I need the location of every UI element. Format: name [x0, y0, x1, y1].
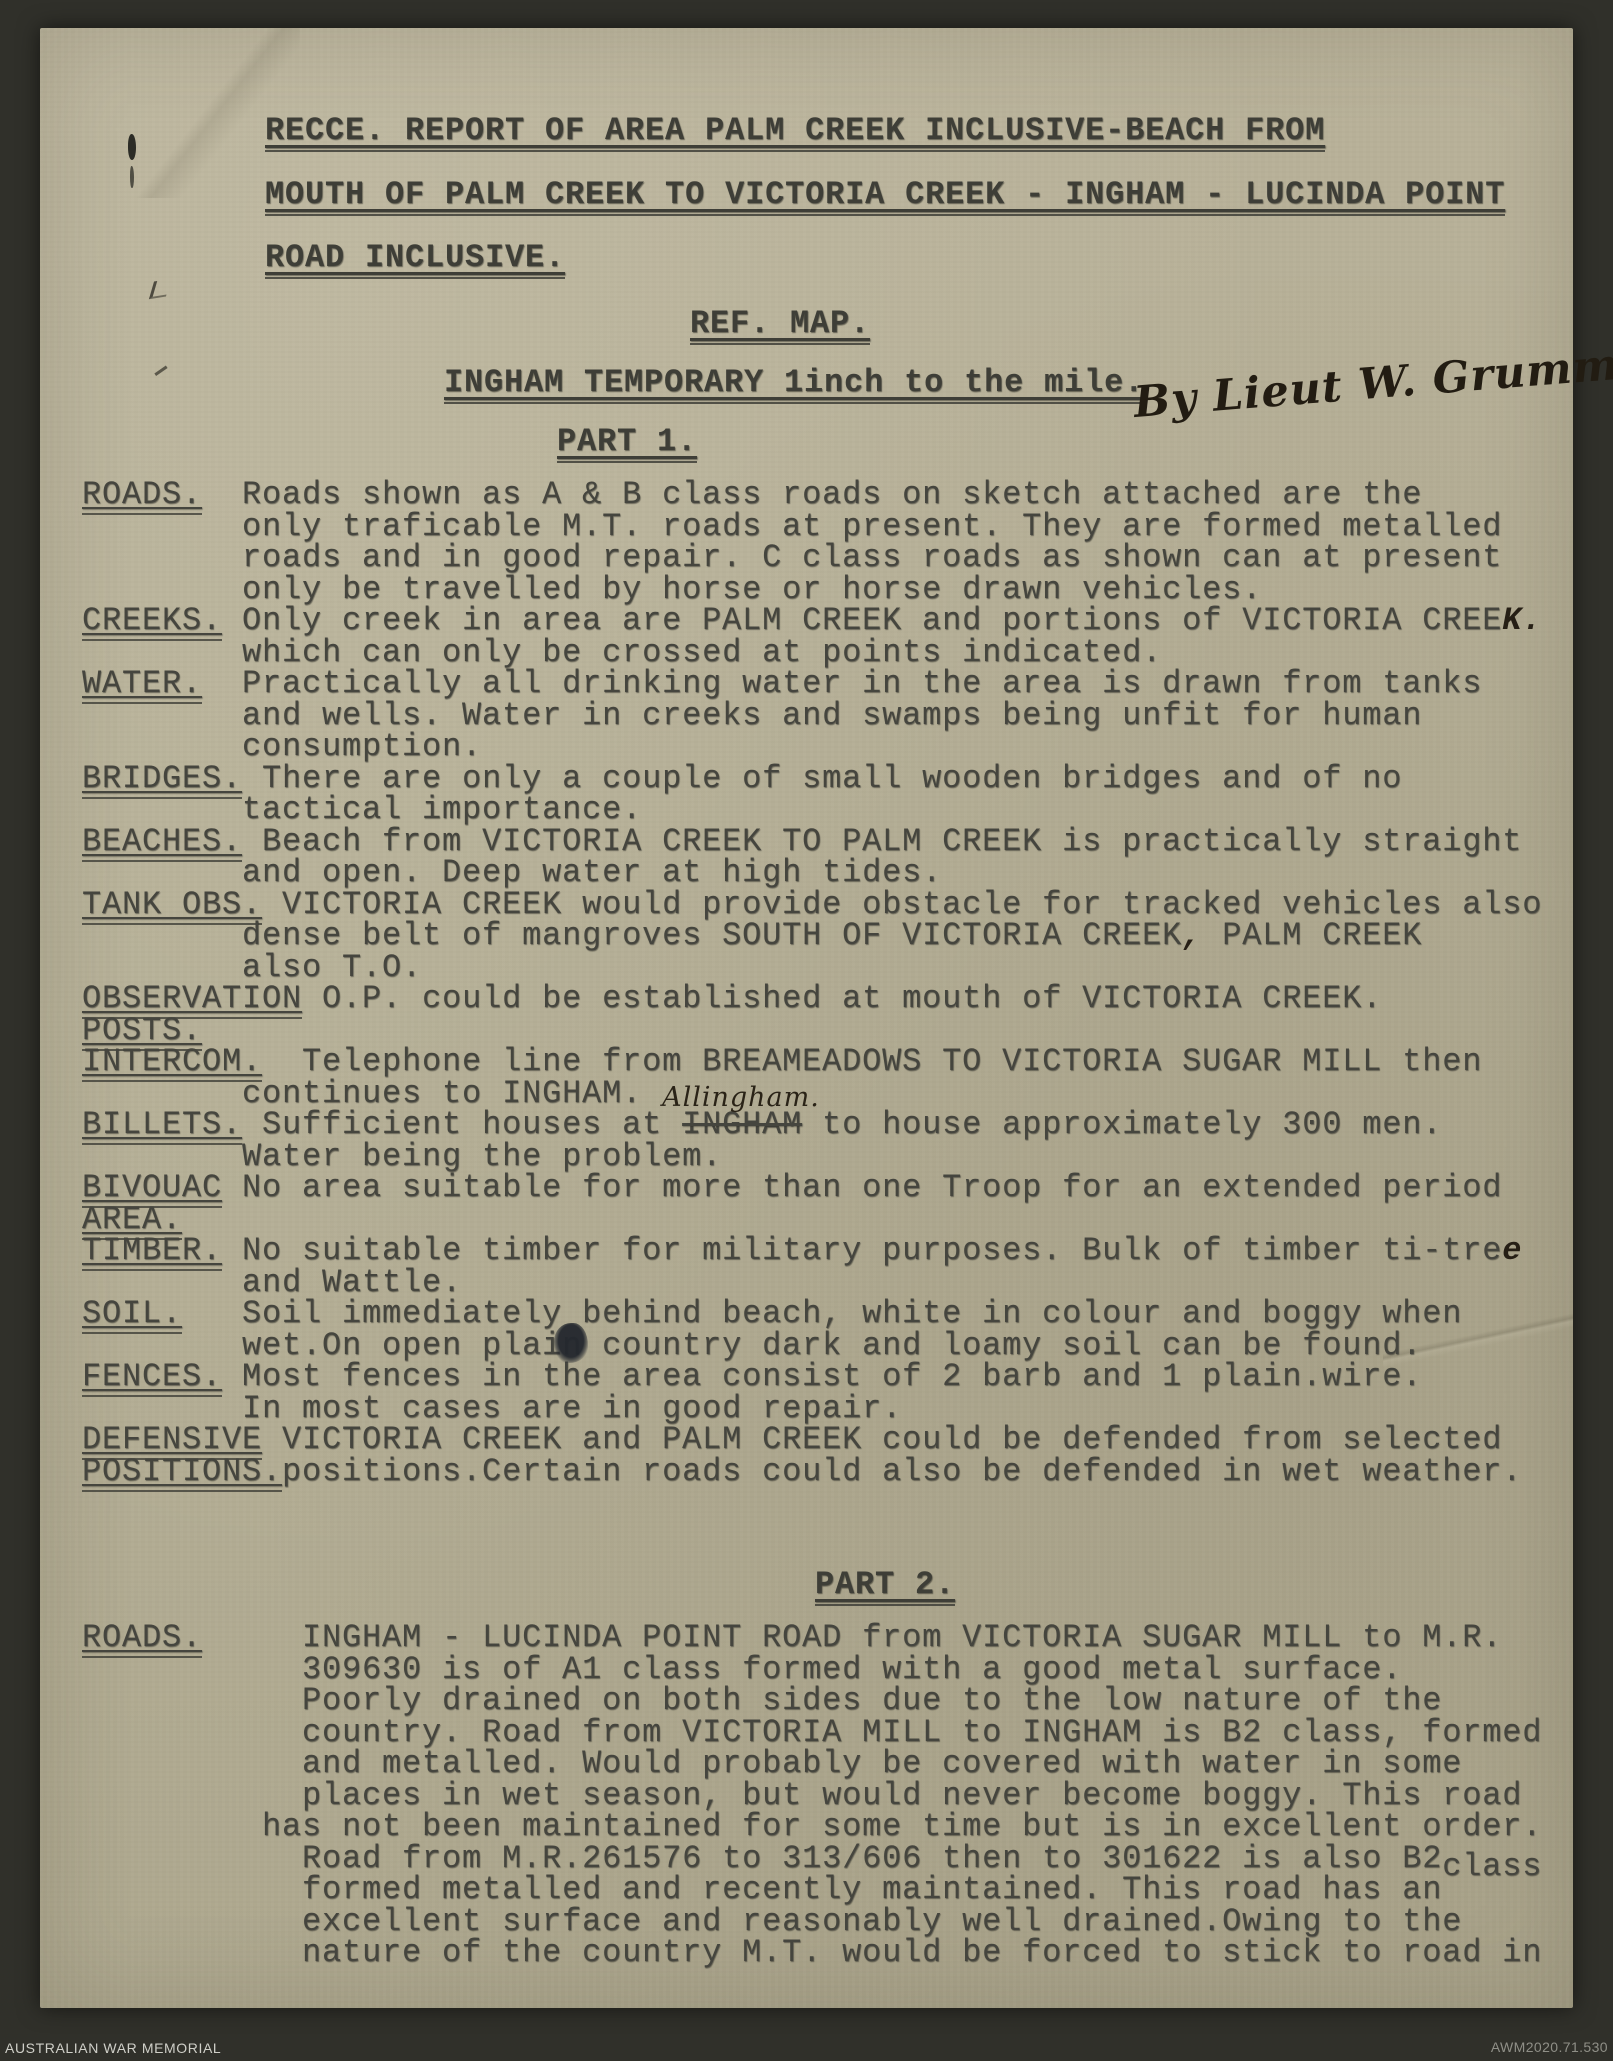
typed-line: FENCES. Most fences in the area consist … — [82, 1361, 1542, 1393]
typed-line: and open. Deep water at high tides. — [82, 857, 1542, 889]
typed-line: formed metalled and recently maintained.… — [82, 1874, 1542, 1906]
typed-line: roads and in good repair. C class roads … — [82, 542, 1542, 574]
section-label: POSITIONS. — [82, 1453, 282, 1492]
typed-line: only traficable M.T. roads at present. T… — [82, 511, 1542, 543]
typed-text: No area suitable for more than one Troop… — [222, 1169, 1502, 1206]
typed-line: SOIL. Soil immediately behind beach, whi… — [82, 1298, 1542, 1330]
typed-line: and Wattle. — [82, 1267, 1542, 1299]
part1-body: ROADS. Roads shown as A & B class roads … — [82, 479, 1542, 1487]
typed-line: TANK OBS. VICTORIA CREEK would provide o… — [82, 889, 1542, 921]
typed-line: also T.O. — [82, 952, 1542, 984]
typed-line: INTERCOM. Telephone line from BREAMEADOW… — [82, 1046, 1542, 1078]
slip-text: class — [1442, 1848, 1542, 1885]
typed-line: POSTS. — [82, 1015, 1542, 1047]
typed-text: positions.Certain roads could also be de… — [282, 1453, 1522, 1490]
typed-line: 309630 is of A1 class formed with a good… — [82, 1654, 1542, 1686]
typed-line: AREA. — [82, 1204, 1542, 1236]
part2-body: ROADS. INGHAM - LUCINDA POINT ROAD from … — [82, 1622, 1542, 1969]
typed-line: BIVOUAC No area suitable for more than o… — [82, 1172, 1542, 1204]
blot-text: n — [562, 1327, 582, 1364]
report-title-line-3: ROAD INCLUSIVE. — [265, 239, 565, 276]
pencil-tick-mark — [154, 366, 175, 388]
typed-line: TIMBER. No suitable timber for military … — [82, 1235, 1542, 1267]
handwritten-signature: By Lieut W. Grummitt. — [1132, 334, 1613, 428]
typed-line: nature of the country M.T. would be forc… — [82, 1937, 1542, 1969]
typed-line: dense belt of mangroves SOUTH OF VICTORI… — [82, 920, 1542, 952]
typed-line: In most cases are in good repair. — [82, 1393, 1542, 1425]
typed-line: CREEKS. Only creek in area are PALM CREE… — [82, 605, 1542, 637]
ref-map-heading: REF. MAP. — [690, 305, 870, 342]
typed-line: Poorly drained on both sides due to the … — [82, 1685, 1542, 1717]
typed-text: nature of the country M.T. would be forc… — [82, 1934, 1542, 1971]
typed-line: WATER. Practically all drinking water in… — [82, 668, 1542, 700]
document-paper: RECCE. REPORT OF AREA PALM CREEK INCLUSI… — [40, 28, 1573, 2008]
typed-line: and wells. Water in creeks and swamps be… — [82, 700, 1542, 732]
part2-heading: PART 2. — [815, 1566, 955, 1603]
archive-scan-page: { "document": { "title_lines": [ "RECCE.… — [0, 0, 1613, 2061]
report-title-line-2: MOUTH OF PALM CREEK TO VICTORIA CREEK - … — [265, 176, 1505, 213]
typed-line: only be travelled by horse or horse draw… — [82, 574, 1542, 606]
typed-line: which can only be crossed at points indi… — [82, 637, 1542, 669]
typed-line: excellent surface and reasonably well dr… — [82, 1906, 1542, 1938]
typed-line: has not been maintained for some time bu… — [82, 1811, 1542, 1843]
ink-smudge-mark — [128, 134, 136, 160]
typed-line: ROADS. INGHAM - LUCINDA POINT ROAD from … — [82, 1622, 1542, 1654]
typed-line: consumption. — [82, 731, 1542, 763]
typed-line: BRIDGES. There are only a couple of smal… — [82, 763, 1542, 795]
archive-reference-number: AWM2020.71.530 — [1491, 2039, 1608, 2055]
paper-crease-topleft — [40, 28, 300, 198]
typed-text: PALM CREEK — [1202, 917, 1422, 954]
typed-line: tactical importance. — [82, 794, 1542, 826]
part1-heading: PART 1. — [557, 423, 697, 460]
map-scale-heading: INGHAM TEMPORARY 1inch to the mile. — [444, 364, 1144, 401]
typed-line: DEFENSIVE VICTORIA CREEK and PALM CREEK … — [82, 1424, 1542, 1456]
typed-line: Road from M.R.261576 to 313/606 then to … — [82, 1843, 1542, 1875]
typed-line: country. Road from VICTORIA MILL to INGH… — [82, 1717, 1542, 1749]
hand2-text: Allingham. — [662, 1082, 820, 1113]
typed-line: continues to INGHAM. Allingham. — [82, 1078, 1542, 1110]
typed-line: BEACHES. Beach from VICTORIA CREEK TO PA… — [82, 826, 1542, 858]
typed-line: ROADS. Roads shown as A & B class roads … — [82, 479, 1542, 511]
typed-line: BILLETS. Sufficient houses at INGHAM to … — [82, 1109, 1542, 1141]
hand-text: K. — [1502, 602, 1542, 639]
typed-text: O.P. could be established at mouth of VI… — [302, 980, 1382, 1017]
typed-text: to house approximately 300 men. — [802, 1106, 1442, 1143]
archive-watermark-left: AUSTRALIAN WAR MEMORIAL — [5, 2040, 221, 2056]
typed-line: POSITIONS.positions.Certain roads could … — [82, 1456, 1542, 1488]
typed-line: and metalled. Would probably be covered … — [82, 1748, 1542, 1780]
hand-text: e — [1502, 1232, 1522, 1269]
typed-line: OBSERVATION O.P. could be established at… — [82, 983, 1542, 1015]
typed-line: Water being the problem. — [82, 1141, 1542, 1173]
typed-line: places in wet season, but would never be… — [82, 1780, 1542, 1812]
typed-line: wet.On open plain country dark and loamy… — [82, 1330, 1542, 1362]
hand-text: , — [1182, 917, 1202, 954]
pencil-mark — [149, 279, 171, 300]
report-title-line-1: RECCE. REPORT OF AREA PALM CREEK INCLUSI… — [265, 112, 1325, 149]
